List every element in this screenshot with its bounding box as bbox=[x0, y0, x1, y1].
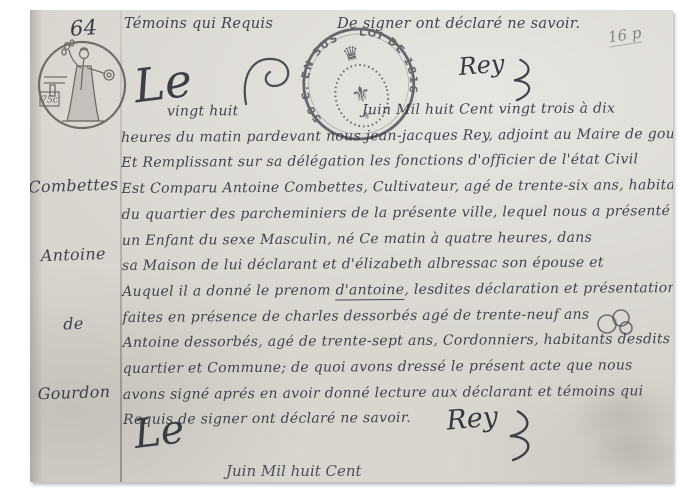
act-line: heures du matin pardevant nous jean-jacq… bbox=[121, 122, 673, 152]
signature-paraph-icon bbox=[493, 408, 534, 471]
act-line-child-name: Auquel il a donné le prenom d'antoine, l… bbox=[122, 276, 673, 306]
margin-note-place: Gourdon bbox=[33, 379, 126, 405]
act-line: Est Comparu Antoine Combettes, Cultivate… bbox=[121, 173, 673, 203]
margin-note-surname: Combettes bbox=[30, 172, 119, 198]
signature-name: Rey bbox=[457, 49, 505, 81]
act-line: du quartier des parcheminiers de la prés… bbox=[122, 199, 673, 229]
margin-notes: Combettes Antoine de Gourdon bbox=[30, 126, 128, 451]
act-line: quartier et Commune; de quoi avons dress… bbox=[123, 353, 673, 383]
margin-note-de: de bbox=[31, 310, 124, 336]
act-line: un Enfant du sexe Masculin, né Ce matin … bbox=[122, 225, 673, 255]
act-body: vingt huit Juin Mil huit Cent vingt troi… bbox=[121, 96, 673, 434]
act-line: sa Maison de lui déclarant et d'élizabet… bbox=[122, 250, 673, 280]
next-act-initial: Le bbox=[132, 409, 187, 455]
margin-note-firstname: Antoine bbox=[30, 241, 121, 267]
previous-act-closing-left: Témoins qui Requis bbox=[124, 16, 273, 32]
stamp-value-label: 75c bbox=[41, 96, 58, 106]
embossed-tax-stamp: 75c bbox=[36, 32, 128, 138]
ink-bleedthrough bbox=[586, 430, 673, 474]
act-line: faites en présence de charles dessorbés … bbox=[122, 302, 673, 332]
signature-name: Rey bbox=[445, 401, 499, 436]
act-line: Et Remplissant sur sa délégation les fon… bbox=[121, 147, 673, 177]
child-name-underlined: d'antoine bbox=[336, 282, 405, 300]
crown-icon: ♛ bbox=[340, 41, 362, 66]
scanned-register-page: 64 75c bbox=[0, 0, 700, 494]
paraph-circles-icon bbox=[593, 304, 639, 336]
act-line-post: , lesdites déclaration et présentation bbox=[404, 280, 673, 298]
signature-act: Rey bbox=[445, 398, 534, 475]
act-line-pre: Auquel il a donné le prenom bbox=[122, 282, 336, 299]
paper-sheet: 64 75c bbox=[30, 10, 673, 482]
pencil-annotation: 16 p bbox=[607, 23, 643, 47]
next-act-partial-line: Juin Mil huit Cent bbox=[226, 462, 362, 480]
act-line: vingt huit Juin Mil huit Cent vingt troi… bbox=[121, 96, 673, 126]
act-line: Antoine dessorbés, agé de trente-sept an… bbox=[122, 327, 673, 357]
